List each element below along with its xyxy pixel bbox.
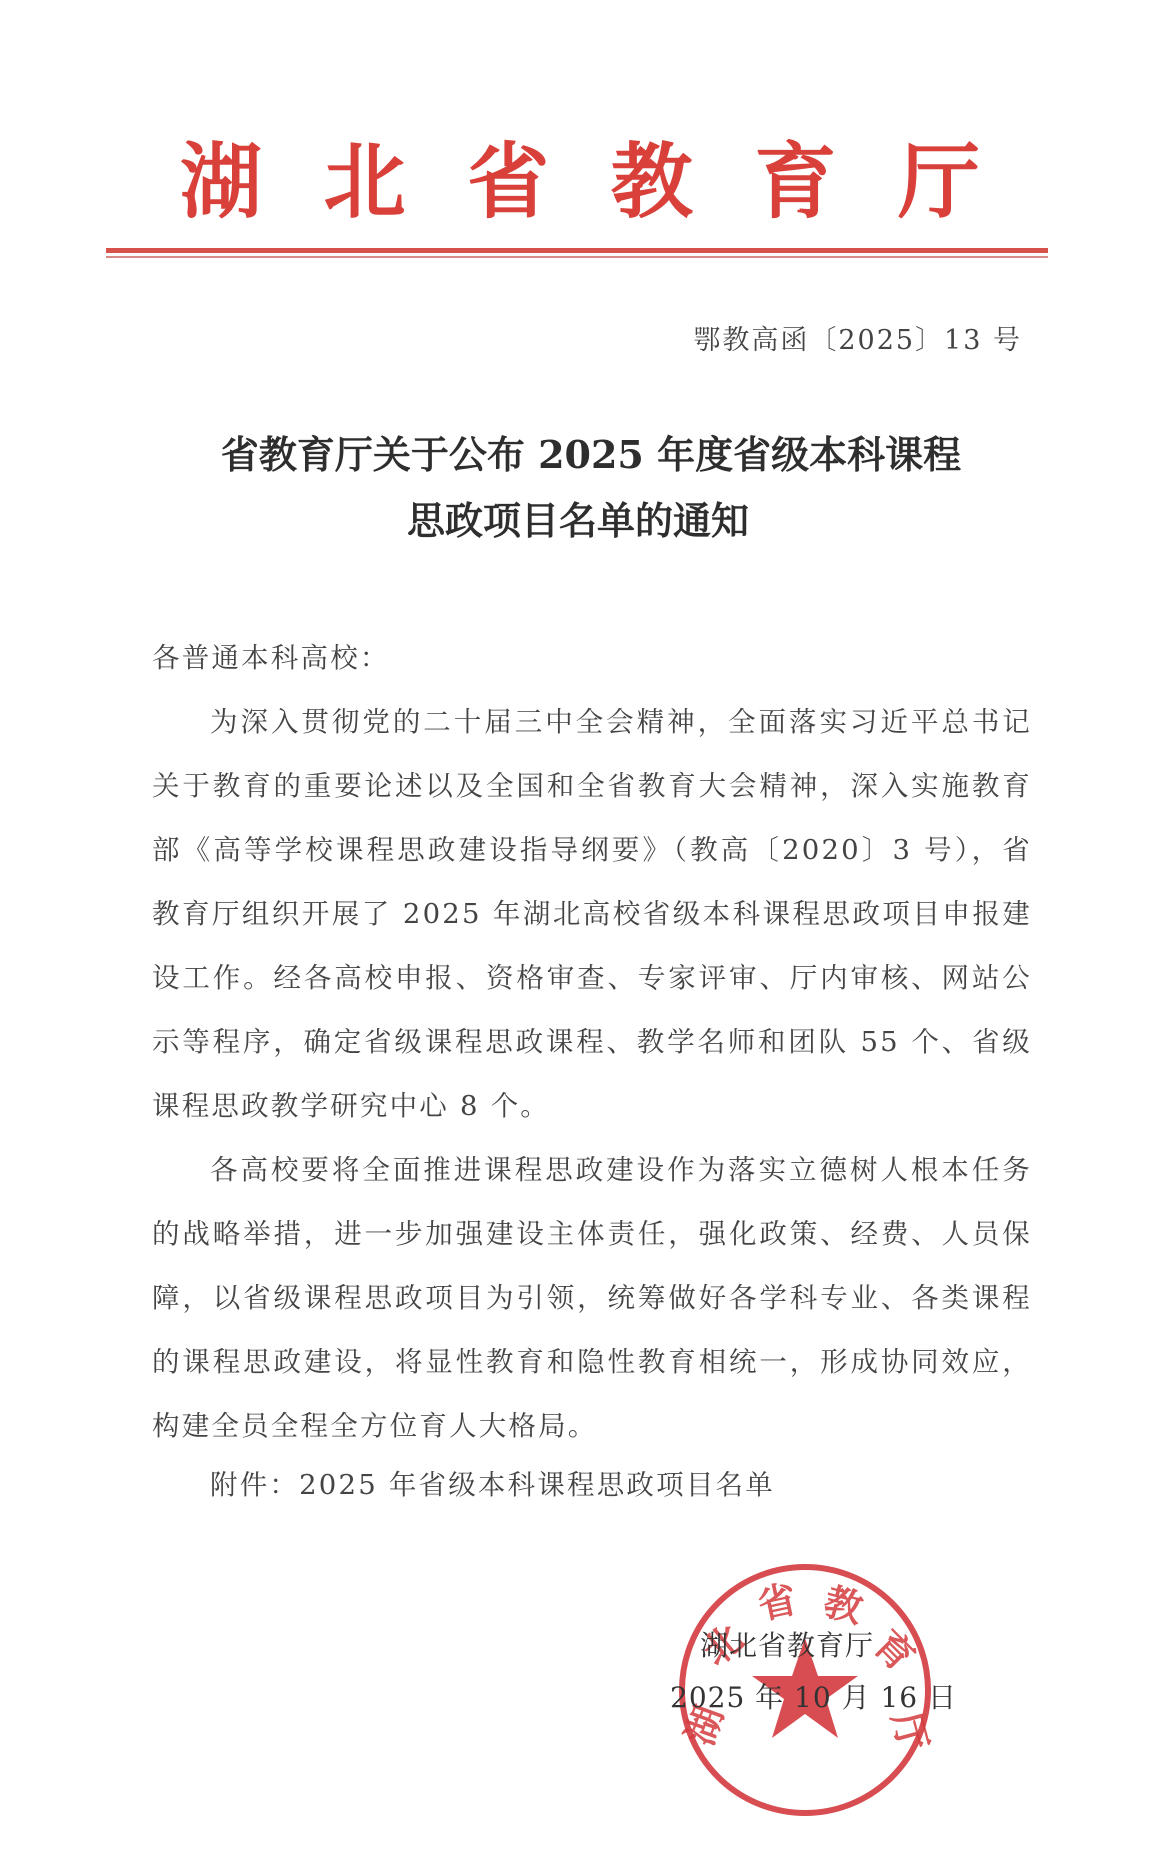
letterhead-char: 省: [467, 132, 549, 232]
letterhead-char: 教: [611, 132, 693, 232]
letterhead: 湖 北 省 教 育 厅: [180, 132, 980, 232]
document-body: 各普通本科高校： 为深入贯彻党的二十届三中全会精神，全面落实习近平总书记关于教育…: [152, 626, 1032, 1458]
signature-block: 湖北省教育厅 2025 年 10 月 16 日: [700, 1620, 987, 1724]
document-number: 鄂教高函〔2025〕13 号: [693, 318, 1022, 357]
body-paragraph: 各高校要将全面推进课程思政建设作为落实立德树人根本任务的战略举措，进一步加强建设…: [152, 1138, 1032, 1458]
signature-date: 2025 年 10 月 16 日: [670, 1672, 957, 1724]
attachment-note: 附件：2025 年省级本科课程思政项目名单: [210, 1462, 775, 1502]
letterhead-rule-thick: [106, 248, 1048, 253]
salutation: 各普通本科高校：: [152, 626, 1032, 690]
signature-organization: 湖北省教育厅: [700, 1620, 987, 1672]
letterhead-char: 北: [324, 132, 406, 232]
letterhead-rule-thin: [106, 256, 1048, 258]
body-paragraph: 为深入贯彻党的二十届三中全会精神，全面落实习近平总书记关于教育的重要论述以及全国…: [152, 690, 1032, 1138]
document-title: 省教育厅关于公布 2025 年度省级本科课程 思政项目名单的通知: [0, 422, 1166, 554]
letterhead-char: 育: [754, 132, 836, 232]
letterhead-char: 厅: [898, 132, 980, 232]
letterhead-char: 湖: [180, 132, 262, 232]
document-page: 湖 北 省 教 育 厅 鄂教高函〔2025〕13 号 省教育厅关于公布 2025…: [0, 0, 1166, 1858]
title-line-1: 省教育厅关于公布 2025 年度省级本科课程: [8, 422, 1166, 488]
title-line-2: 思政项目名单的通知: [0, 488, 1161, 554]
